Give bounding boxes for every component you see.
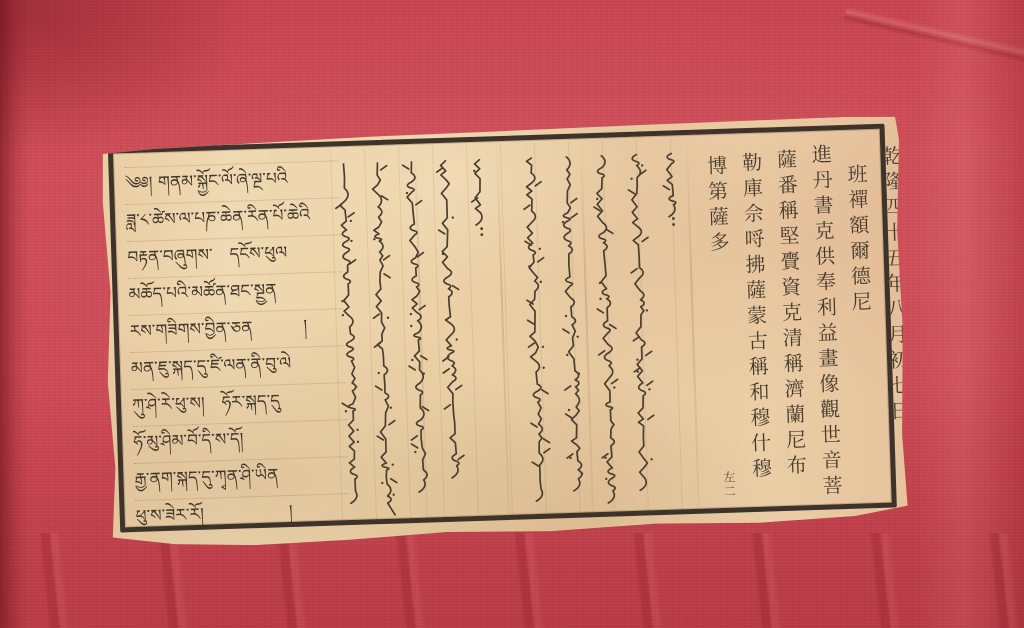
vertical-script-column <box>470 156 497 243</box>
vertical-script-column <box>402 158 437 511</box>
chinese-text-section: 乾隆四十五年八月初七日 班禪額爾德尼 進丹書克供奉利益畫像觀世音菩 薩番稱堅賷資… <box>692 115 905 530</box>
vertical-script-column <box>592 152 628 523</box>
vertical-script-column <box>436 157 471 498</box>
manuscript-sheet: ༄༅། གནམ་སྐྱོང་ལོ་ཞེ་ལྔ་པའི ཟླ་༨་ཚེས་ལ་པཎ… <box>98 115 912 550</box>
vertical-script-column <box>368 160 404 531</box>
manchu-text-section <box>334 156 511 526</box>
artifact-photo: ༄༅། གནམ་སྐྱོང་ལོ་ཞེ་ལྔ་པའི ཟླ་༨་ཚེས་ལ་པཎ… <box>0 0 1024 628</box>
chinese-column: 班禪額爾德尼 <box>841 163 882 524</box>
fabric-wrinkle <box>0 533 1024 628</box>
chinese-column: 進丹書克供奉利益畫像觀世音菩 <box>805 143 846 504</box>
chinese-column: 勒庫佘哷拂薩蒙古稱和穆什穆 <box>735 152 776 513</box>
mongolian-text-section <box>522 150 709 520</box>
vertical-script-column <box>662 150 689 233</box>
position-label: 左二 <box>721 471 739 500</box>
chinese-column: 博第薩多 <box>700 155 741 516</box>
tibetan-text-section: ༄༅། གནམ་སྐྱོང་ལོ་ཞེ་ལྔ་པའི ཟླ་༨་ཚེས་ལ་པཎ… <box>124 160 350 537</box>
vertical-script-column <box>627 151 662 502</box>
vertical-script-column <box>557 153 592 510</box>
tibetan-line: ཕུ་ས་ཟེར་རོ། ། <box>135 493 350 537</box>
chinese-column: 薩番稱堅賷資克清稱濟蘭尼布 <box>770 148 811 509</box>
